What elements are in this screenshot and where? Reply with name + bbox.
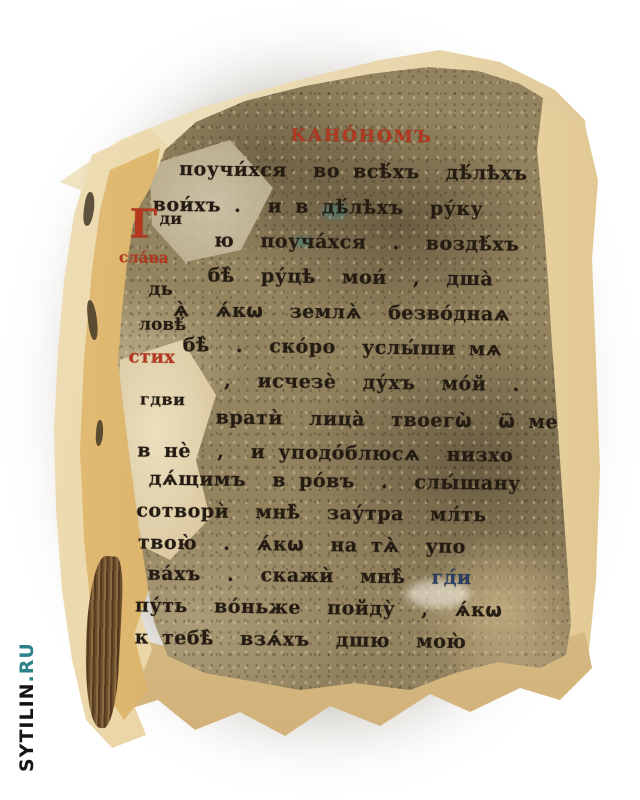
margin-word: стих (128, 346, 174, 368)
margin-word: сла́ва (119, 248, 169, 267)
margin-word: Г (129, 200, 157, 247)
watermark-sytilin-ru: SYTILIN.RU (16, 642, 38, 772)
watermark-site: SYTILIN (16, 682, 38, 772)
manuscript-marginalia: Гдисла́вадьловѣ́стих (0, 0, 640, 800)
watermark-tld: RU (16, 642, 38, 674)
photo-old-manuscript-book: КАНО́НОМЪпоучи́хся во всѣ́хъ дѣ́лѣхъвои́… (0, 0, 640, 800)
margin-word: дь (148, 279, 173, 300)
margin-word: ди (159, 209, 182, 228)
watermark-dot: . (16, 674, 38, 682)
margin-word: ловѣ́ (139, 314, 186, 335)
